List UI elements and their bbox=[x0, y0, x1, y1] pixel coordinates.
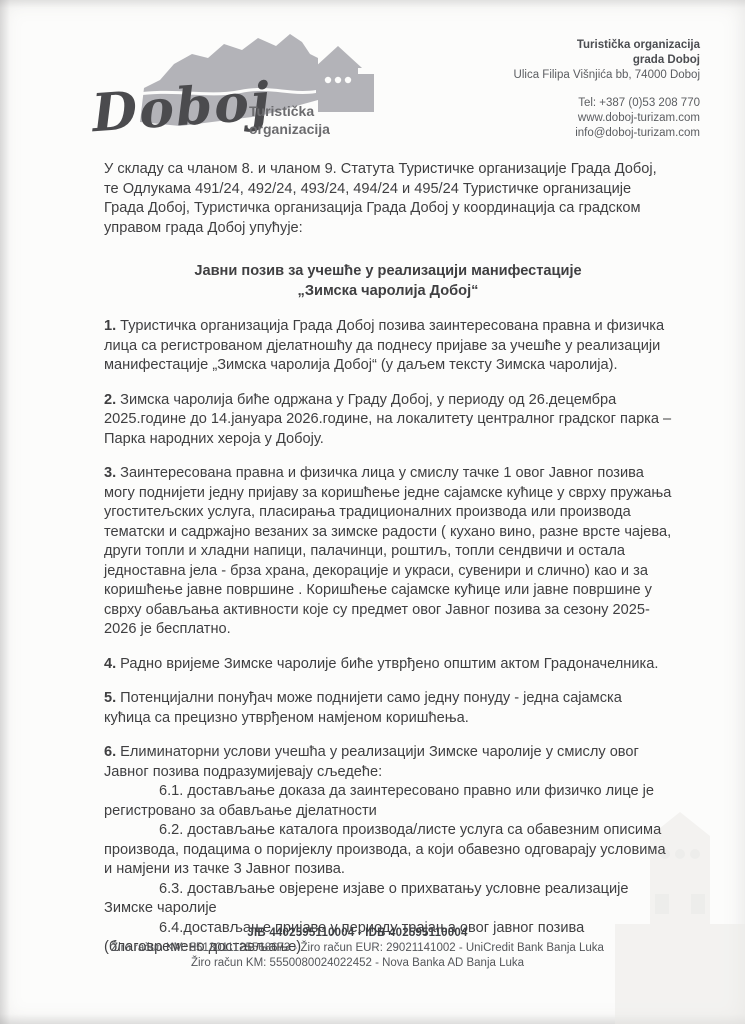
paragraph-4-number: 4. bbox=[104, 656, 116, 672]
logo: Doboj Turistička organizacija bbox=[92, 30, 392, 155]
scan-edge-shading-top bbox=[0, 0, 745, 8]
org-name-line2: grada Doboj bbox=[514, 53, 700, 68]
paragraph-1: 1.Туристичка организација Града Добој по… bbox=[104, 317, 672, 376]
footer-account-nova-banka: Žiro račun KM: 5550080024022452 - Nova B… bbox=[0, 956, 715, 971]
paragraph-4-text: Радно вријеме Зимске чаролије биће утврђ… bbox=[120, 656, 658, 672]
paragraph-1-text: Туристичка организација Града Добој пози… bbox=[104, 318, 664, 373]
paragraph-2-number: 2. bbox=[104, 392, 116, 408]
subitem-6-3: 6.3. достављање овјерене изјаве о прихва… bbox=[104, 880, 672, 919]
logo-tagline-line2: organizacija bbox=[249, 120, 330, 138]
paragraph-2-text: Зимска чаролија биће одржана у Граду Доб… bbox=[104, 392, 671, 447]
paragraph-5: 5.Потенцијални понуђач може поднијети са… bbox=[104, 689, 672, 728]
logo-tagline: Turistička organizacija bbox=[249, 102, 330, 138]
document-title-line2: „Зимска чаролија Добој“ bbox=[298, 283, 479, 299]
paragraph-5-text: Потенцијални понуђач може поднијети само… bbox=[104, 690, 622, 726]
paragraph-6: 6.Елиминаторни услови учешћа у реализаци… bbox=[104, 743, 672, 782]
logo-wordmark: Doboj bbox=[90, 76, 273, 140]
paragraph-1-number: 1. bbox=[104, 318, 116, 334]
contact-block: Turistička organizacija grada Doboj Ulic… bbox=[514, 38, 700, 141]
paragraph-4: 4.Радно вријеме Зимске чаролије биће утв… bbox=[104, 655, 672, 675]
org-address: Ulica Filipa Višnjića bb, 74000 Doboj bbox=[514, 68, 700, 83]
org-website-link[interactable]: www.doboj-turizam.com bbox=[514, 111, 700, 126]
scan-edge-shading-left bbox=[0, 0, 10, 1024]
subitem-6-1: 6.1. достављање доказа да заинтересовано… bbox=[104, 782, 672, 821]
paragraph-6-text: Елиминаторни услови учешћа у реализацији… bbox=[104, 744, 639, 780]
paragraph-3-text: Заинтересована правна и физичка лица у с… bbox=[104, 465, 671, 637]
intro-paragraph: У складу са чланом 8. и чланом 9. Статут… bbox=[104, 160, 672, 238]
logo-tagline-line1: Turistička bbox=[249, 102, 330, 120]
paragraph-2: 2.Зимска чаролија биће одржана у Граду Д… bbox=[104, 391, 672, 450]
paragraph-5-number: 5. bbox=[104, 690, 116, 706]
document-title-line1: Јавни позив за учешће у реализацији мани… bbox=[194, 263, 581, 279]
scanned-document-page: Doboj Turistička organizacija Turistička… bbox=[0, 0, 745, 1024]
paragraph-3-number: 3. bbox=[104, 465, 116, 481]
org-email-link[interactable]: info@doboj-turizam.com bbox=[514, 126, 700, 141]
org-phone: Tel: +387 (0)53 208 770 bbox=[514, 96, 700, 111]
document-body: У складу са чланом 8. и чланом 9. Статут… bbox=[104, 160, 672, 958]
document-title: Јавни позив за учешће у реализацији мани… bbox=[104, 262, 672, 301]
footer-account-unicredit: Žiro račun KM: 5513011125568673 - Žiro r… bbox=[0, 941, 715, 956]
paragraph-6-number: 6. bbox=[104, 744, 116, 760]
org-name-line1: Turistička organizacija bbox=[514, 38, 700, 53]
footer-bank-details: JIB 4402595110004 - IDB 402595110004 Žir… bbox=[0, 926, 715, 971]
subitem-6-2: 6.2. достављање каталога производа/листе… bbox=[104, 821, 672, 880]
footer-jib-idb: JIB 4402595110004 - IDB 402595110004 bbox=[0, 926, 715, 941]
paragraph-3: 3.Заинтересована правна и физичка лица у… bbox=[104, 464, 672, 640]
